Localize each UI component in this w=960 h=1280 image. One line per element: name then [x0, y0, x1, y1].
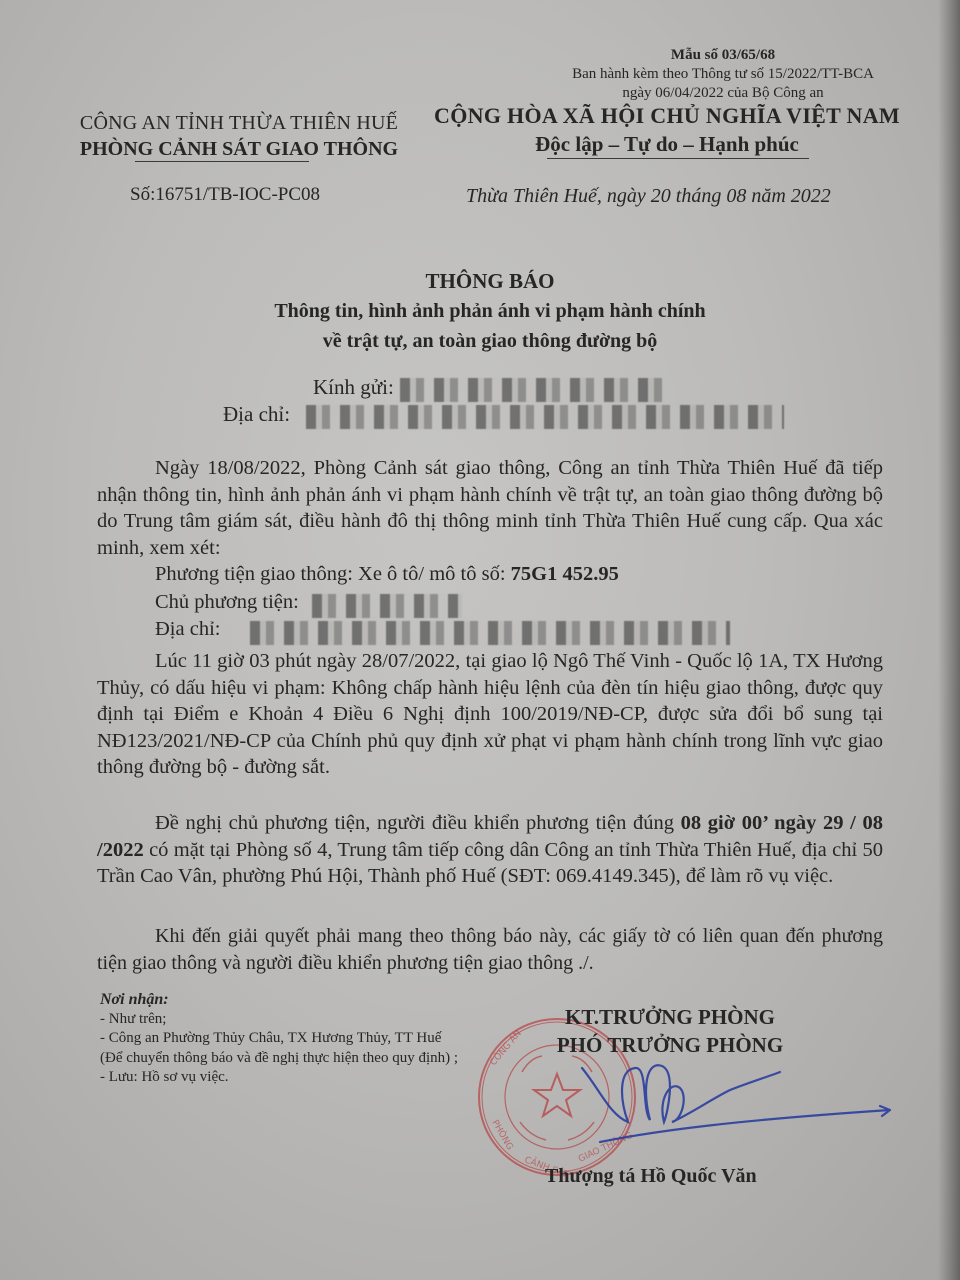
owner-address-line: Địa chỉ:	[155, 618, 220, 641]
motto-underline	[547, 158, 809, 159]
issuer-parent-org: CÔNG AN TỈNH THỪA THIÊN HUẾ	[58, 110, 420, 136]
place-date: Thừa Thiên Huế, ngày 20 tháng 08 năm 202…	[466, 185, 831, 208]
vehicle-label: Phương tiện giao thông: Xe ô tô/ mô tô s…	[155, 563, 506, 585]
owner-line: Chủ phương tiện:	[155, 591, 299, 614]
signer-name: Thượng tá Hồ Quốc Văn	[545, 1165, 757, 1188]
paragraph-instructions: Khi đến giải quyết phải mang theo thông …	[97, 923, 883, 977]
nation-header: CỘNG HÒA XÃ HỘI CHỦ NGHĨA VIỆT NAM Độc l…	[432, 102, 902, 158]
recipient-item: - Như trên;	[100, 1010, 460, 1030]
recipient-address-redacted	[306, 405, 784, 429]
title-sub-1: Thông tin, hình ảnh phản ánh vi phạm hàn…	[180, 296, 800, 326]
document-title: THÔNG BÁO Thông tin, hình ảnh phản ánh v…	[180, 266, 800, 356]
document-number: Số:16751/TB-IOC-PC08	[130, 184, 320, 206]
nation-motto: Độc lập – Tự do – Hạnh phúc	[432, 130, 902, 158]
form-reference: Mẫu số 03/65/68 Ban hành kèm theo Thông …	[548, 46, 898, 103]
issuer-org: PHÒNG CẢNH SÁT GIAO THÔNG	[58, 136, 420, 162]
issuer-underline	[135, 161, 309, 162]
owner-address-label: Địa chỉ:	[155, 618, 220, 640]
signature-title: KT.TRƯỞNG PHÒNG PHÓ TRƯỞNG PHÒNG	[520, 1003, 820, 1059]
nation-name: CỘNG HÒA XÃ HỘI CHỦ NGHĨA VIỆT NAM	[432, 102, 902, 130]
paragraph-violation: Lúc 11 giờ 03 phút ngày 28/07/2022, tại …	[97, 648, 883, 781]
owner-label: Chủ phương tiện:	[155, 591, 299, 613]
recipient-name-redacted	[400, 378, 662, 402]
title-sub-2: về trật tự, an toàn giao thông đường bộ	[180, 326, 800, 356]
owner-name-redacted	[312, 594, 462, 618]
form-code: Mẫu số 03/65/68	[548, 46, 898, 65]
stamp-star-icon	[534, 1074, 580, 1116]
paragraph-intro: Ngày 18/08/2022, Phòng Cảnh sát giao thô…	[97, 455, 883, 561]
paragraph-appointment: Đề nghị chủ phương tiện, người điều khiể…	[97, 810, 883, 890]
signature-line2: PHÓ TRƯỞNG PHÒNG	[520, 1031, 820, 1059]
signature-line1: KT.TRƯỞNG PHÒNG	[520, 1003, 820, 1031]
recipients-heading: Nơi nhận:	[100, 990, 460, 1010]
recipient-item: - Công an Phường Thủy Châu, TX Hương Thủ…	[100, 1029, 460, 1068]
title-main: THÔNG BÁO	[180, 266, 800, 296]
paper-edge-shadow	[938, 0, 960, 1280]
issuer-header: CÔNG AN TỈNH THỪA THIÊN HUẾ PHÒNG CẢNH S…	[58, 110, 420, 162]
vehicle-line: Phương tiện giao thông: Xe ô tô/ mô tô s…	[155, 563, 619, 586]
recipient-address-label: Địa chỉ:	[223, 402, 290, 427]
form-reference-line2: ngày 06/04/2022 của Bộ Công an	[548, 84, 898, 103]
vehicle-plate: 75G1 452.95	[511, 563, 619, 585]
form-reference-line1: Ban hành kèm theo Thông tư số 15/2022/TT…	[548, 65, 898, 84]
recipient-item: - Lưu: Hồ sơ vụ việc.	[100, 1068, 460, 1088]
handwritten-signature	[580, 1060, 900, 1170]
owner-address-redacted	[250, 621, 730, 645]
recipients-list: Nơi nhận: - Như trên; - Công an Phường T…	[100, 990, 460, 1088]
recipient-label: Kính gửi:	[313, 375, 394, 400]
